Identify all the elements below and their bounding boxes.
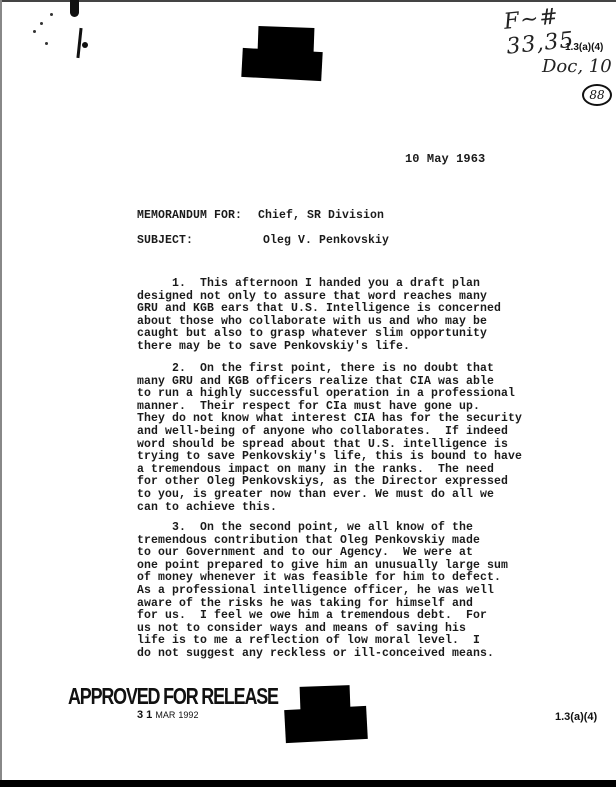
- paragraph-1: 1. This afternoon I handed you a draft p…: [137, 278, 557, 354]
- memo-date: 10 May 1963: [405, 152, 485, 166]
- memo-for-label: MEMORANDUM FOR:: [137, 209, 242, 222]
- handwritten-doc-reference: Doc, 10: [542, 56, 612, 77]
- circled-document-number: 88: [582, 84, 612, 106]
- release-date: 3 1 MAR 1992: [137, 709, 198, 721]
- classification-code-top: 1.3(a)(4): [565, 42, 603, 53]
- memo-for-value: Chief, SR Division: [258, 209, 384, 222]
- speck: [45, 42, 48, 45]
- hole-punch-mark: [70, 0, 79, 17]
- paragraph-3: 3. On the second point, we all know of t…: [137, 522, 557, 661]
- redaction-block: [241, 48, 322, 81]
- paragraph-2: 2. On the first point, there is no doubt…: [137, 363, 557, 514]
- classification-code-bottom: 1.3(a)(4): [555, 711, 597, 723]
- release-date-day: 3 1: [137, 709, 152, 721]
- ink-dot: [82, 42, 88, 48]
- page-left-edge: [0, 0, 2, 787]
- speck: [40, 22, 43, 25]
- page-top-edge: [0, 0, 616, 2]
- approved-for-release-stamp: APPROVED FOR RELEASE: [68, 683, 278, 710]
- subject-value: Oleg V. Penkovskiy: [263, 234, 389, 247]
- redaction-block: [284, 706, 368, 743]
- subject-label: SUBJECT:: [137, 234, 193, 247]
- release-date-month: MAR: [155, 710, 175, 720]
- speck: [50, 13, 53, 16]
- speck: [33, 30, 36, 33]
- scan-bottom-edge: [0, 780, 616, 787]
- release-date-year: 1992: [178, 710, 198, 720]
